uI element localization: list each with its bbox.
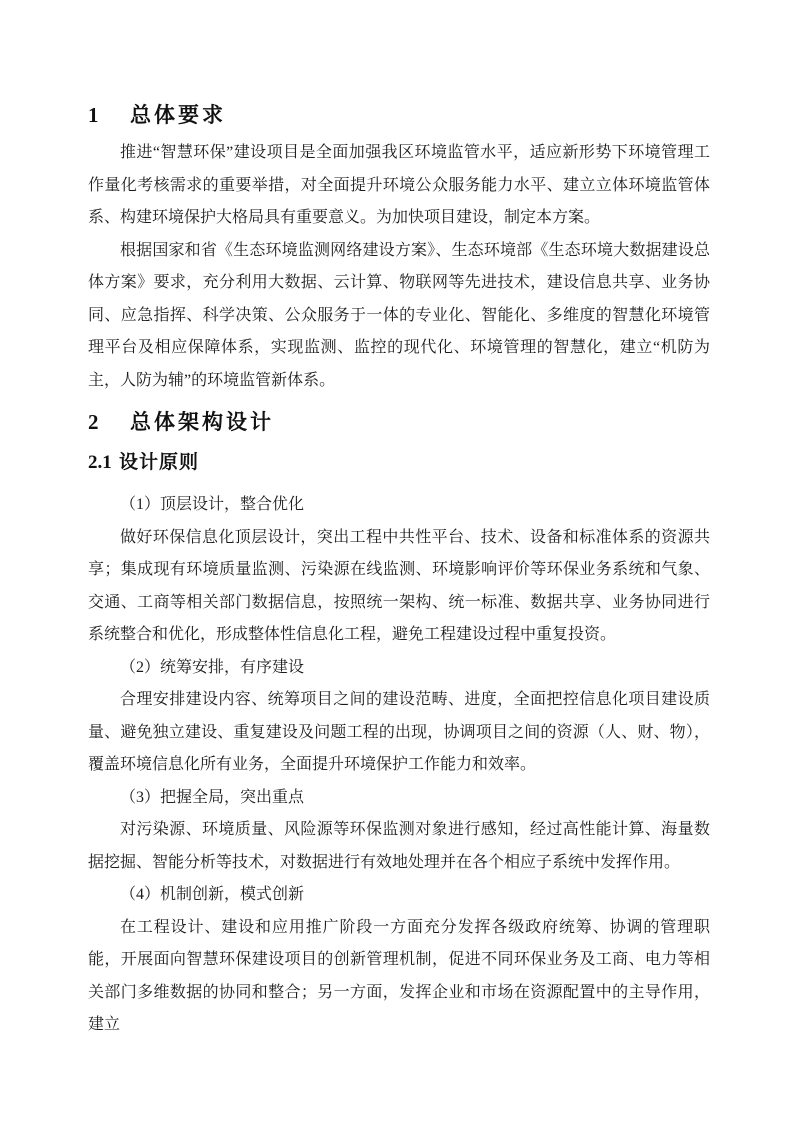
design-principle-body-3: 对污染源、环境质量、风险源等环保监测对象进行感知，经过高性能计算、海量数据挖掘、… xyxy=(88,814,710,879)
heading-2-1-title: 设计原则 xyxy=(119,452,199,473)
design-principle-body-2: 合理安排建设内容、统筹项目之间的建设范畴、进度，全面把控信息化项目建设质量、避免… xyxy=(88,684,710,782)
design-principle-item-3: （3）把握全局，突出重点 xyxy=(88,782,710,815)
heading-2-number: 2 xyxy=(88,407,130,437)
design-principle-body-1: 做好环保信息化顶层设计，突出工程中共性平台、技术、设备和标准体系的资源共享；集成… xyxy=(88,522,710,652)
design-principle-item-1: （1）顶层设计，整合优化 xyxy=(88,489,710,522)
heading-1-number: 1 xyxy=(88,100,130,130)
heading-1-title: 总体要求 xyxy=(130,103,226,127)
design-principle-item-4: （4）机制创新，模式创新 xyxy=(88,879,710,912)
document-page: 1总体要求 推进“智慧环保”建设项目是全面加强我区环境监管水平，适应新形势下环境… xyxy=(0,0,793,1122)
heading-section-1: 1总体要求 xyxy=(88,100,710,130)
heading-section-2-1: 2.1设计原则 xyxy=(88,449,710,477)
paragraph-overall-requirement-2: 根据国家和省《生态环境监测网络建设方案》、生态环境部《生态环境大数据建设总体方案… xyxy=(88,235,710,398)
heading-2-1-number: 2.1 xyxy=(88,449,119,477)
paragraph-overall-requirement-1: 推进“智慧环保”建设项目是全面加强我区环境监管水平，适应新形势下环境管理工作量化… xyxy=(88,137,710,235)
document-content: 1总体要求 推进“智慧环保”建设项目是全面加强我区环境监管水平，适应新形势下环境… xyxy=(88,100,710,1042)
heading-section-2: 2总体架构设计 xyxy=(88,407,710,437)
design-principle-body-4: 在工程设计、建设和应用推广阶段一方面充分发挥各级政府统筹、协调的管理职能，开展面… xyxy=(88,912,710,1042)
design-principle-item-2: （2）统筹安排，有序建设 xyxy=(88,652,710,685)
heading-2-title: 总体架构设计 xyxy=(130,410,274,434)
